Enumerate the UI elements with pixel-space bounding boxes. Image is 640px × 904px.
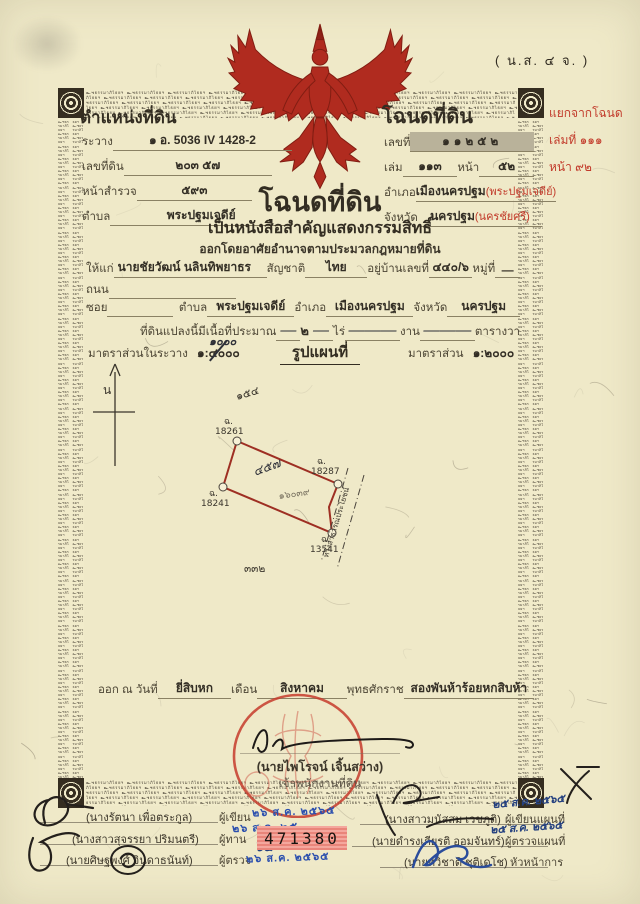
deed-number-row: เลขที่ ๑๑๒๕๒ xyxy=(384,132,534,152)
issued-prefix: ออก ณ วันที่ xyxy=(98,681,158,699)
paper-fiber xyxy=(590,382,614,395)
paper-fiber xyxy=(574,389,583,398)
area-ngan-dash: ——— xyxy=(345,322,400,341)
grantee-changwat-value: นครปฐม xyxy=(447,297,520,317)
scale-correction: ๑๐๐๐ xyxy=(209,332,236,350)
adjacent-parcel-bottom: ๓๓๒ xyxy=(244,563,265,575)
parcel-value: ๒๐๓ ๕๗ xyxy=(124,156,272,176)
paper-fiber xyxy=(564,721,585,736)
grantee-changwat-label: จังหวัด xyxy=(413,299,447,317)
marker-left-no: 18241 xyxy=(201,499,230,509)
moo-value: — xyxy=(495,263,520,278)
deed-page-label: หน้า xyxy=(457,159,479,177)
nationality-value: ไทย xyxy=(305,258,367,278)
margin-note-line2: เล่มที่ ๑๑๑ xyxy=(549,127,623,154)
marker-bottom-no: 13541 xyxy=(310,545,339,555)
area-row: ที่ดินแปลงนี้มีเนื้อที่ประมาณ — ๒ — ไร่ … xyxy=(140,320,520,341)
grantee-to-label: ให้แก่ xyxy=(86,260,114,278)
grantee-tambon-value: พระปฐมเจดีย์ xyxy=(207,297,294,317)
pencil-note: ๑๖๐๓๙ xyxy=(278,487,311,502)
right-ink-signatures xyxy=(355,755,640,890)
document-authority-line: ออกโดยอาศัยอำนาจตามประมวลกฎหมายที่ดิน xyxy=(0,240,640,259)
marker-right-prefix: ฉ. xyxy=(317,457,326,467)
paper-fiber xyxy=(430,72,444,83)
ravang-row: ระวาง ๑ อ. 5036 IV 1428-2 xyxy=(82,131,292,151)
marker-bottom-prefix: ฉ. xyxy=(321,535,330,545)
paper-fiber xyxy=(569,690,574,708)
parcel-label: เลขที่ดิน xyxy=(82,158,124,176)
deed-volume-value: ๑๑๓ xyxy=(403,157,458,177)
frame-rosette-top-right xyxy=(518,88,544,118)
north-arrow-icon xyxy=(93,364,135,466)
paper-fiber xyxy=(587,699,607,704)
blue-ink-signature xyxy=(413,841,491,867)
address-no: ๔๔๐/๖ xyxy=(429,258,472,278)
marker-right-no: 18287 xyxy=(311,467,340,477)
margin-note-line1: แยกจากโฉนด xyxy=(549,100,623,127)
document-subtitle: เป็นหนังสือสำคัญแสดงกรรมสิทธิ์ xyxy=(0,216,640,241)
ravang-value: ๑ อ. 5036 IV 1428-2 xyxy=(113,131,292,151)
scan-smudge xyxy=(12,16,82,72)
deed-volume-label: เล่ม xyxy=(384,159,403,177)
left-ink-signatures xyxy=(15,778,265,896)
boundary-marker-circles xyxy=(219,437,342,537)
officer-signature xyxy=(253,730,413,752)
margin-note: แยกจากโฉนด เล่มที่ ๑๑๑ หน้า ๙๒ xyxy=(549,100,623,181)
soi-label: ซอย xyxy=(86,299,107,317)
soi-row: ซอย ตำบล พระปฐมเจดีย์ อำเภอ เมืองนครปฐม … xyxy=(86,297,520,317)
marker-top-prefix: ฉ. xyxy=(224,417,233,427)
paper-fiber xyxy=(156,64,161,78)
margin-note-line3: หน้า ๙๒ xyxy=(549,154,623,181)
parcel-row: เลขที่ดิน ๒๐๓ ๕๗ xyxy=(82,156,272,176)
area-rai-label: ไร่ xyxy=(333,323,345,341)
parcel-boundary xyxy=(223,441,338,533)
address-label: อยู่บ้านเลขที่ xyxy=(367,260,429,278)
marker-left-prefix: ฉ. xyxy=(209,489,218,499)
cadastral-map: น ทางสาธารณประโยชน์ ๑๕๔ ๓๓๒ ฉ. 18261 ฉ. … xyxy=(55,358,545,658)
grantee-amphoe-label: อำเภอ xyxy=(294,299,326,317)
grantee-tambon-label: ตำบล xyxy=(173,299,207,317)
moo-label: หมู่ที่ xyxy=(472,260,495,278)
area-dash-right: — xyxy=(309,322,333,341)
area-dash-left: — xyxy=(276,322,300,341)
deed-number-value: ๑๑๒๕๒ xyxy=(410,132,534,152)
officer-signature-line xyxy=(240,753,400,754)
adjacent-parcel-top: ๑๕๔ xyxy=(235,385,261,403)
area-rai-value: ๒ xyxy=(300,320,309,341)
grantee-amphoe-value: เมืองนครปฐม xyxy=(326,297,413,317)
soi-value xyxy=(107,316,172,317)
grantee-name: นายชัยวัฒน์ นลินทิพยาธร xyxy=(114,258,267,278)
deed-number-label: เลขที่ xyxy=(384,134,410,152)
form-code: ( น.ส. ๔ จ. ) xyxy=(495,50,589,71)
ravang-label: ระวาง xyxy=(82,133,113,151)
serial-number-box: 471380 xyxy=(257,826,347,850)
north-label: น xyxy=(103,383,111,397)
marker-top-no: 18261 xyxy=(215,427,244,437)
paper-fiber xyxy=(547,718,559,732)
deed-heading: โฉนดที่ดิน xyxy=(382,100,473,132)
serial-number: 471380 xyxy=(264,829,340,848)
area-wa-label: ตารางวา xyxy=(475,323,520,341)
area-ngan-label: งาน xyxy=(400,323,420,341)
position-heading: ตำแหน่งที่ดิน xyxy=(80,104,177,131)
deed-page-value: ๕๒ xyxy=(479,157,534,177)
paper-fiber xyxy=(20,114,44,124)
area-wa-dash: ——— xyxy=(420,322,475,341)
grantee-row: ให้แก่ นายชัยวัฒน์ นลินทิพยาธร สัญชาติ ไ… xyxy=(86,258,520,278)
nationality-label: สัญชาติ xyxy=(267,260,306,278)
deed-volume-row: เล่ม ๑๑๓ หน้า ๕๒ xyxy=(384,157,534,177)
issued-day: ยี่สิบหก xyxy=(158,679,231,699)
